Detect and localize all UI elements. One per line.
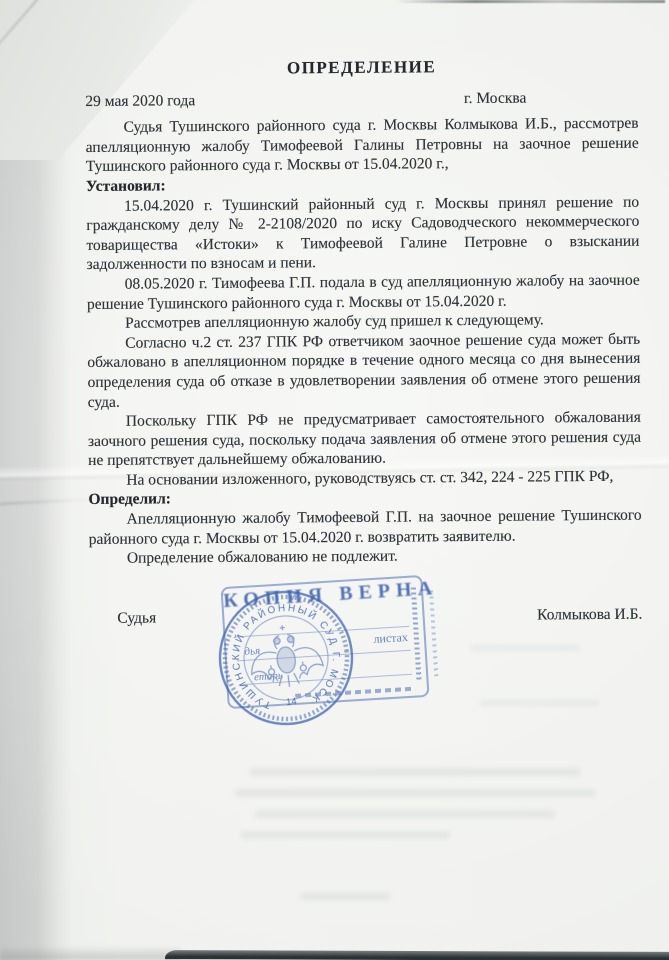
photo-top-edge-shadow: [395, 0, 665, 3]
reverse-side-showthrough: [235, 789, 595, 797]
stamp-blank-line: [237, 650, 411, 662]
paper-crease-left: [0, 498, 95, 506]
signature-role: Судья: [89, 608, 156, 628]
scanned-court-document-photo: ОПРЕДЕЛЕНИЕ 29 мая 2020 года г. Москва С…: [0, 0, 669, 960]
reverse-side-showthrough: [480, 700, 600, 706]
preamble-paragraph: Судья Тушинского районного суда г. Москв…: [85, 114, 638, 177]
stamp-blank-line: [238, 674, 412, 686]
established-paragraph: Согласно ч.2 ст. 237 ГПК РФ ответчиком з…: [87, 329, 641, 412]
reverse-side-showthrough: [255, 810, 555, 818]
reverse-side-showthrough: [470, 645, 580, 651]
stamp-field-fragment: дья: [244, 645, 260, 658]
established-paragraph: 15.04.2020 г. Тушинский районный суд г. …: [86, 192, 640, 275]
document-title: ОПРЕДЕЛЕНИЕ: [85, 56, 638, 80]
established-paragraph: 08.05.2020 г. Тимофеева Г.П. подала в су…: [87, 271, 640, 315]
ruled-paragraph: Определение обжалованию не подлежит.: [89, 545, 642, 569]
document-body: ОПРЕДЕЛЕНИЕ 29 мая 2020 года г. Москва С…: [85, 56, 642, 629]
reverse-side-showthrough: [300, 893, 390, 900]
established-paragraph: Поскольку ГПК РФ не предусматривает само…: [88, 408, 641, 471]
reverse-side-showthrough: [250, 768, 580, 776]
stamp-blank-line: [235, 626, 409, 638]
document-city: г. Москва: [464, 88, 526, 108]
ruled-paragraph: Апелляционную жалобу Тимофеевой Г.П. на …: [89, 506, 642, 550]
signature-row: Судья Колмыкова И.Б.: [89, 604, 642, 628]
stamp-bottom-microtext: [295, 687, 415, 698]
paper-fold-edge: [0, 0, 48, 140]
stamp-field-fragment: етарь: [254, 670, 284, 684]
double-headed-eagle-emblem: [246, 621, 325, 691]
seal-number: 14: [286, 696, 298, 708]
stamp-sheets-label: листах: [373, 630, 408, 647]
signature-name: Колмыкова И.Б.: [537, 604, 642, 624]
dateline: 29 мая 2020 года г. Москва: [85, 87, 638, 111]
photo-bottom-edge: [165, 950, 669, 960]
document-date: 29 мая 2020 года: [85, 91, 195, 111]
reverse-side-showthrough: [240, 831, 450, 839]
paper-bottom-shadow: [0, 946, 180, 960]
